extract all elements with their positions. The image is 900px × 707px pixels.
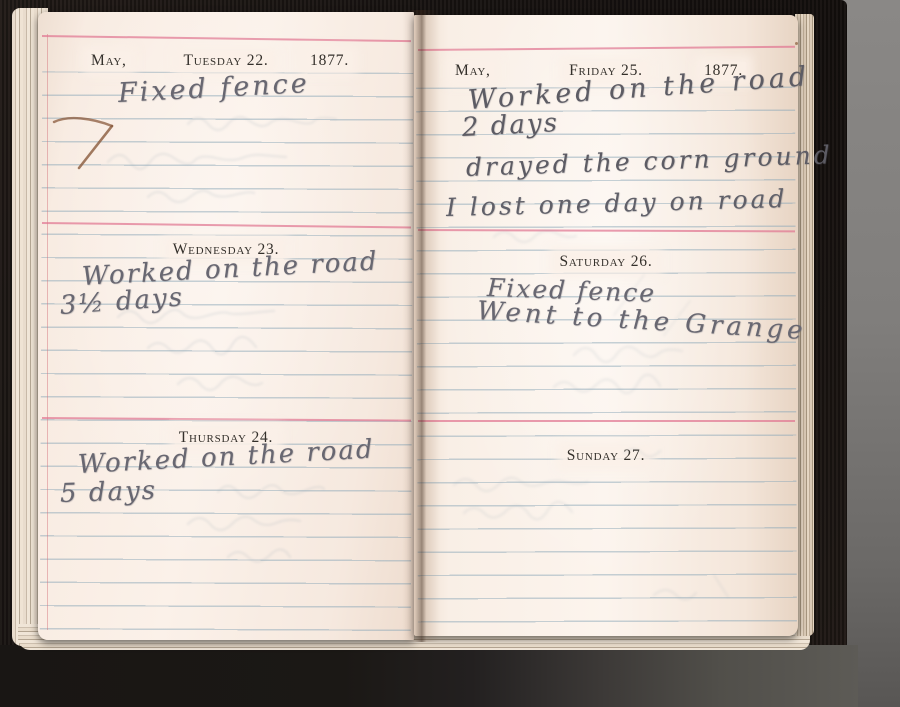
paper-speck bbox=[795, 42, 798, 45]
ruled-lines bbox=[40, 71, 413, 633]
year-label: 1877. bbox=[307, 52, 352, 70]
divider-line bbox=[418, 46, 795, 51]
red-margin-line bbox=[47, 34, 48, 630]
book-cover-bottom-edge bbox=[0, 645, 858, 707]
diary-page-right: May, Friday 25. 1877. Worked on the road… bbox=[414, 15, 798, 636]
handwritten-entry: I lost one day on road bbox=[446, 184, 788, 222]
handwritten-entry: 3½ days bbox=[59, 282, 185, 321]
date-header-tuesday: May, Tuesday 22. 1877. bbox=[38, 52, 414, 72]
day-label: Saturday 26. bbox=[555, 253, 656, 271]
date-header-saturday: Saturday 26. bbox=[414, 253, 798, 273]
handwritten-entry: Fixed fence bbox=[117, 68, 310, 109]
divider-line bbox=[418, 420, 795, 422]
day-label: Tuesday 22. bbox=[179, 52, 272, 70]
divider-line bbox=[42, 222, 411, 229]
divider-line bbox=[42, 417, 411, 422]
month-label: May, bbox=[88, 52, 130, 70]
month-label: May, bbox=[452, 62, 494, 80]
day-label: Sunday 27. bbox=[563, 447, 650, 465]
handwritten-entry: 5 days bbox=[59, 476, 157, 509]
handwritten-entry: drayed the corn ground bbox=[465, 140, 833, 182]
diary-scan: May, Tuesday 22. 1877. Fixed fence Wedne… bbox=[0, 0, 900, 707]
handwritten-entry: 2 days bbox=[461, 108, 559, 143]
date-header-sunday: Sunday 27. bbox=[414, 447, 798, 467]
diary-page-left: May, Tuesday 22. 1877. Fixed fence Wedne… bbox=[38, 12, 414, 640]
divider-line bbox=[42, 35, 411, 42]
divider-line bbox=[418, 229, 795, 232]
stray-pencil-mark-and-ghost-writing bbox=[38, 12, 414, 640]
